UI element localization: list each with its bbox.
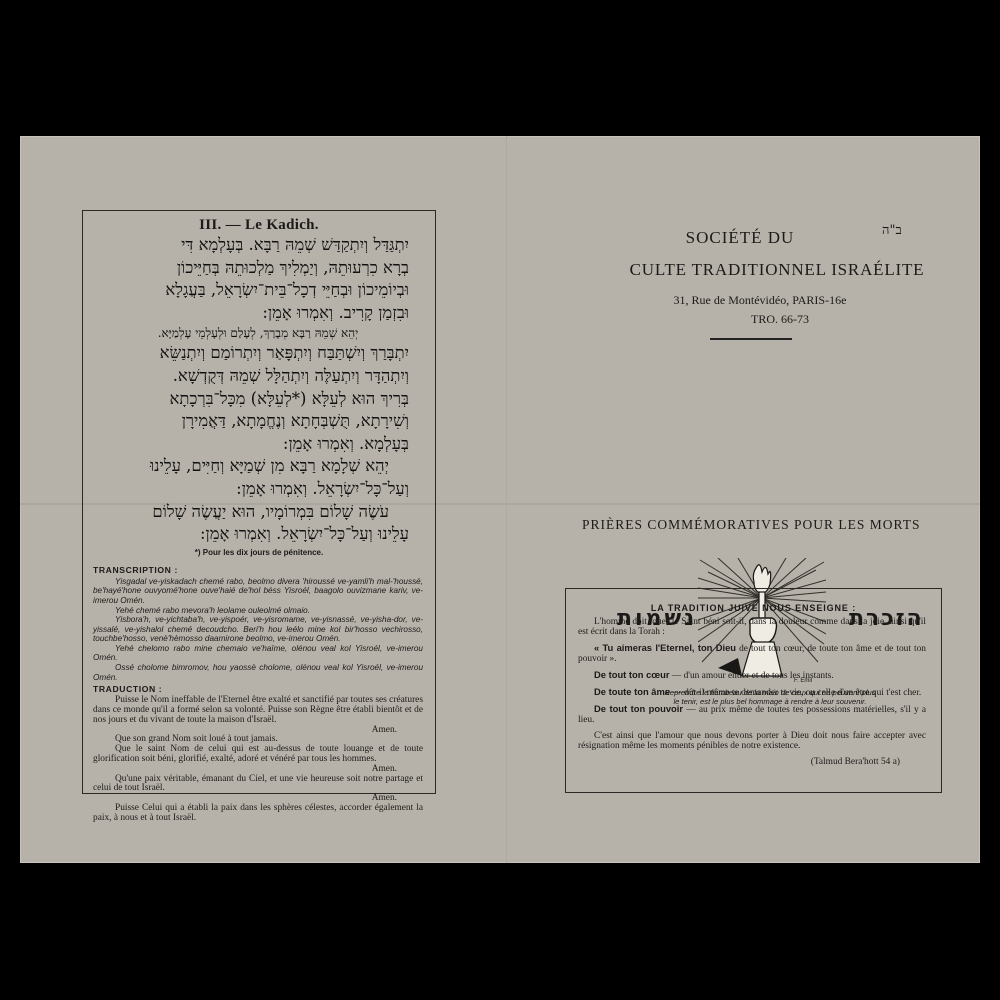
- item-label: De toute ton âme: [594, 686, 670, 697]
- divider: [710, 338, 792, 340]
- hebrew-line: בְרָא כִרְעוּתֵהּ, וְיַמְלִיךְ מַלְכוּתֵ…: [107, 257, 409, 280]
- hebrew-line: בְּעָלְמָא. וְאִמְרוּ אָמֵן:: [107, 433, 409, 456]
- traduction-paragraph: Puisse Celui qui a établi la paix dans l…: [93, 804, 423, 824]
- address: 31, Rue de Montévidéo, PARIS-16e: [580, 293, 940, 308]
- traduction-text: Puisse le Nom ineffable de l'Eternel êtr…: [83, 696, 435, 823]
- phone: TRO. 66-73: [580, 312, 980, 327]
- prayer-title: PRIÈRES COMMÉMORATIVES POUR LES MORTS: [582, 517, 921, 533]
- hebrew-line: וְשִׁירָתָא, תֻּשְׁבְּחָתָא וְנֶחֱמָתָא,…: [107, 410, 409, 433]
- quote-bold: « Tu aimeras l'Eternel, ton Dieu: [594, 642, 736, 653]
- traduction-paragraph: Que le saint Nom de celui qui est au-des…: [93, 745, 423, 765]
- footnote: *) Pour les dix jours de pénitence.: [83, 548, 435, 557]
- kadich-title: III. — Le Kadich.: [83, 217, 435, 234]
- traduction-paragraph: Qu'une paix véritable, émanant du Ciel, …: [93, 775, 423, 795]
- hebrew-text: יִתְגַּדַּל וְיִתְקַדַּשׁ שְׁמֵהּ רַבָּא…: [83, 234, 435, 546]
- source-citation: (Talmud Bera'hott 54 a): [578, 757, 926, 767]
- item-text: — dût-il même te demander ta vie, ou cel…: [670, 688, 921, 698]
- item-label: De tout ton cœur: [594, 669, 670, 680]
- intro-paragraph: L'homme doit louer le Saint béni soit-il…: [578, 617, 926, 637]
- leaflet-page: III. — Le Kadich. יִתְגַּדַּל וְיִתְקַדַ…: [20, 136, 980, 863]
- transcription-paragraph: Ossé cholome bimromov, hou yaossè cholom…: [93, 663, 423, 682]
- hebrew-line: עֹשֶׂה שָׁלוֹם בִּמְרוֹמָיו, הוּא יַעֲשֶ…: [107, 501, 409, 524]
- hebrew-line: וְיִתְהַדָּר וְיִתְעַלֶּה וְיִתְהַלָּל ש…: [107, 365, 409, 388]
- hebrew-line: בְּרִיךְ הוּא לְעֵלָּא (*לְעֵלָּא) מִכָּ…: [107, 388, 409, 411]
- transcription-paragraph: Yehé chelomo rabo mine chemaio ve'haïme,…: [93, 644, 423, 663]
- hebrew-line: יְהֵא שְׁלָמָא רַבָּא מִן שְׁמַיָּא וְחַ…: [107, 455, 409, 478]
- vertical-fold: [506, 136, 508, 863]
- transcription-paragraph: Yisbora'h, ve-yichtaba'h, ve-yispoér, ve…: [93, 615, 423, 644]
- tradition-body: L'homme doit louer le Saint béni soit-il…: [566, 617, 941, 767]
- hebrew-line: עָלֵינוּ וְעַל־כָּל־יִשְׂרָאֵל. וְאִמְרו…: [107, 523, 409, 546]
- tradition-box: LA TRADITION JUIVE NOUS ENSEIGNE : L'hom…: [565, 588, 942, 793]
- hebrew-line: וּבִזְמַן קָרִיב. וְאִמְרוּ אָמֵן:: [107, 302, 409, 325]
- item-pouvoir: De tout ton pouvoir — au prix même de to…: [578, 704, 926, 725]
- traduction-paragraph: Puisse le Nom ineffable de l'Eternel êtr…: [93, 696, 423, 725]
- traduction-heading: TRADUCTION :: [93, 684, 435, 694]
- conclusion-paragraph: C'est ainsi que l'amour que nous devons …: [578, 731, 926, 751]
- item-ame: De toute ton âme — dût-il même te demand…: [578, 687, 926, 698]
- org-name-line1: SOCIÉTÉ DU: [580, 228, 900, 248]
- hebrew-line: וְעַל־כָּל־יִשְׂרָאֵל. וְאִמְרוּ אָמֵן:: [107, 478, 409, 501]
- hebrew-line: יִתְבָּרַךְ וְיִשְׁתַּבַּח וְיִתְפָּאַר …: [107, 342, 409, 365]
- hebrew-line: וּבְיוֹמֵיכוֹן וּבְחַיֵּי דְכָל־בֵּית־יִ…: [107, 279, 409, 302]
- tradition-heading: LA TRADITION JUIVE NOUS ENSEIGNE :: [566, 603, 941, 613]
- item-coeur: De tout ton cœur — d'un amour entier et …: [578, 670, 926, 681]
- item-label: De tout ton pouvoir: [594, 703, 683, 714]
- transcription-text: Yisgadal ve-yiskadach chemé rabo, beolmo…: [83, 577, 435, 683]
- transcription-paragraph: Yisgadal ve-yiskadach chemé rabo, beolmo…: [93, 577, 423, 606]
- transcription-paragraph: Yehé chemé rabo mevora'h leolame ouleolm…: [93, 606, 423, 616]
- hebrew-line: יִתְגַּדַּל וְיִתְקַדַּשׁ שְׁמֵהּ רַבָּא…: [107, 234, 409, 257]
- quote-paragraph: « Tu aimeras l'Eternel, ton Dieu de tout…: [578, 643, 926, 664]
- kadich-box: III. — Le Kadich. יִתְגַּדַּל וְיִתְקַדַ…: [82, 210, 436, 794]
- org-name-line2: CULTE TRADITIONNEL ISRAÉLITE: [580, 260, 974, 280]
- hebrew-line: יְהֵא שְׁמֵהּ רַבָּא מְבָרַךְ, לְעָלַם ו…: [107, 324, 409, 342]
- transcription-heading: TRANSCRIPTION :: [93, 565, 435, 575]
- item-text: — d'un amour entier et de tous les insta…: [670, 671, 834, 681]
